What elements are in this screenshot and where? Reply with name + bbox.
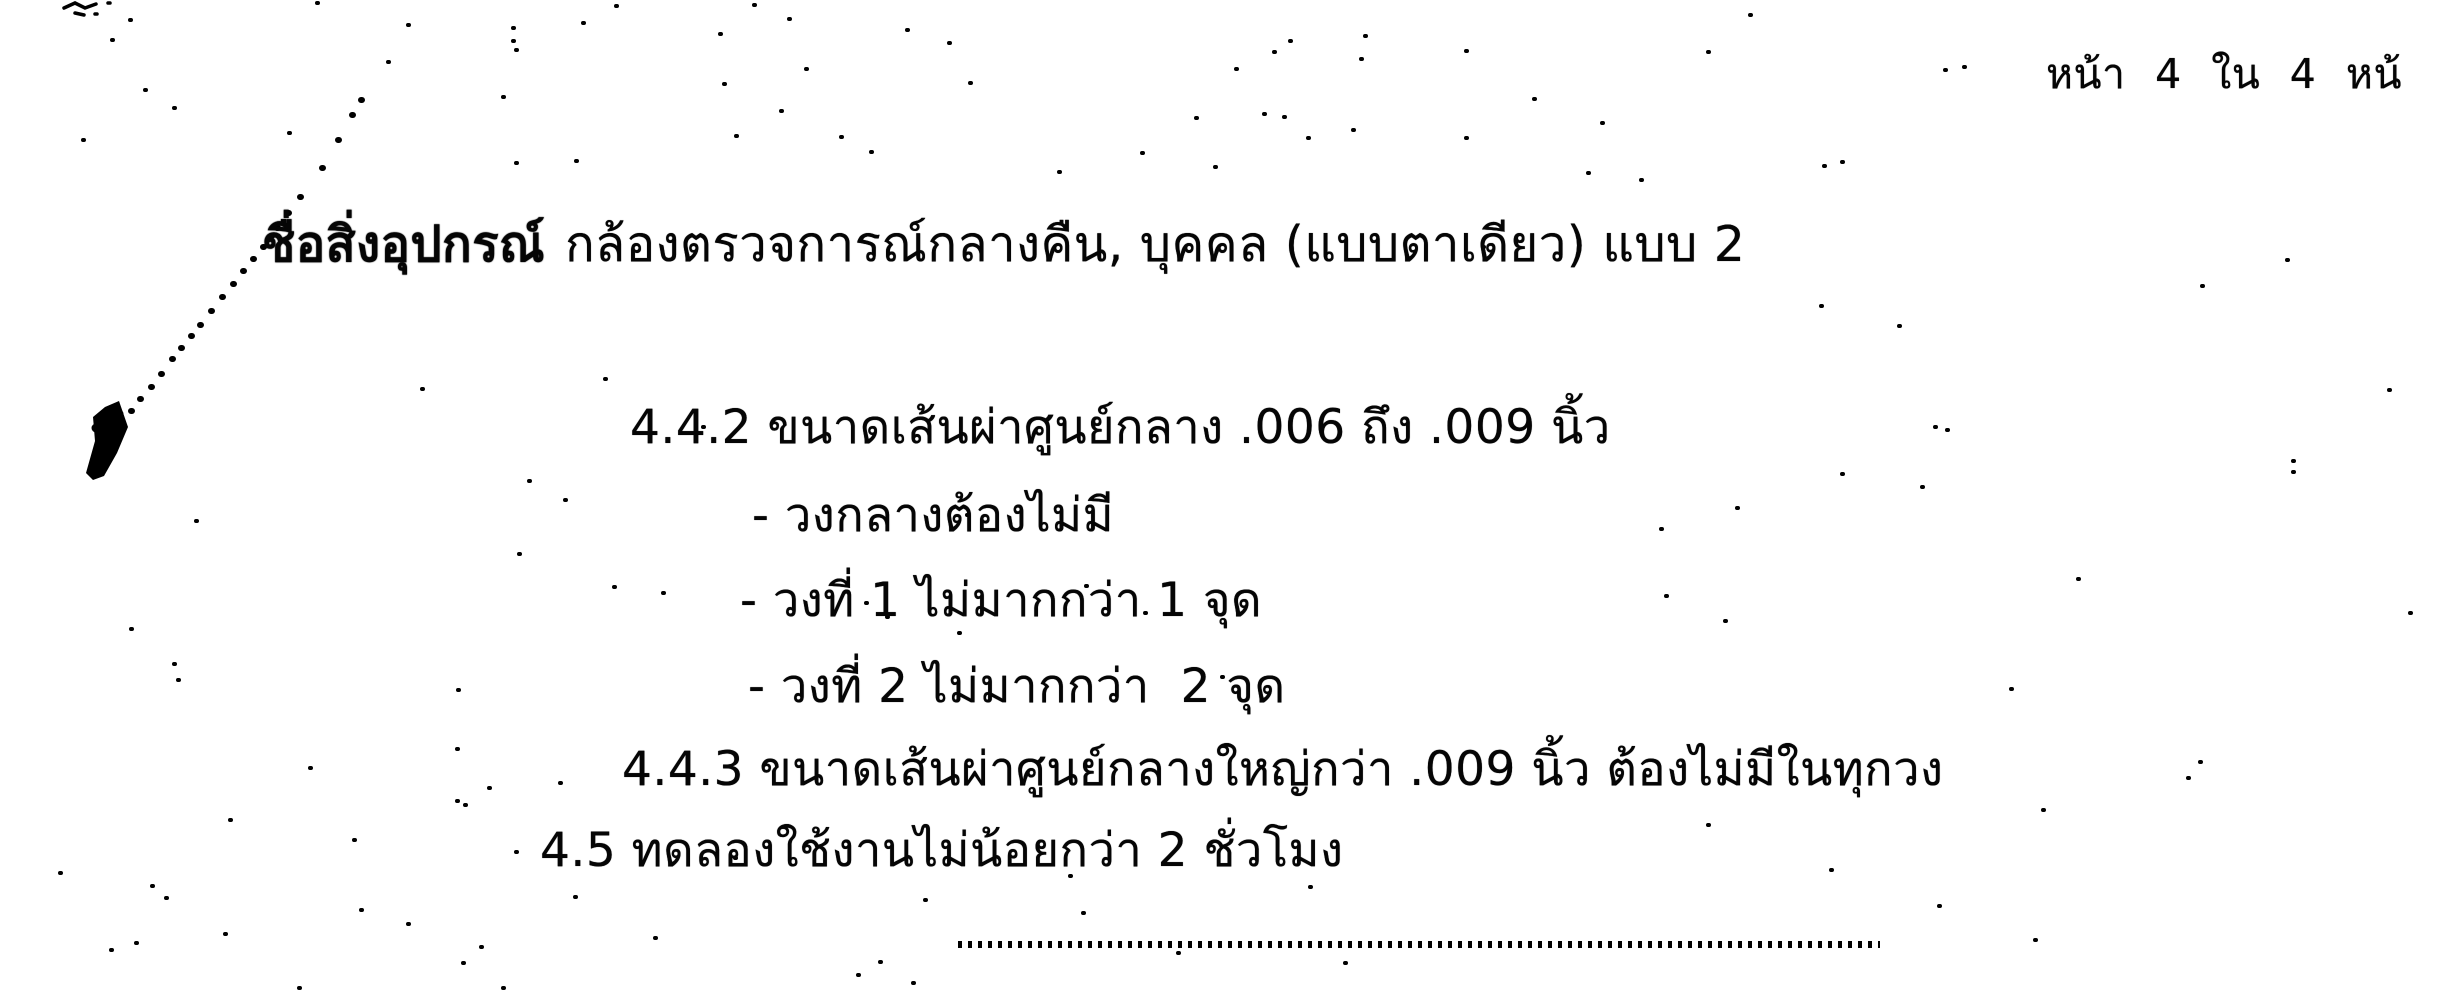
spec-line-center-ring: - วงกลางต้องไม่มี — [752, 492, 1114, 539]
corner-squiggle — [64, 3, 110, 15]
equipment-label: ชื่อสิ่งอุปกรณ์ — [262, 216, 545, 273]
scanned-document-page: หน้า 4 ใน 4 หน้ ชื่อสิ่งอุปกรณ์กล้องตรวจ… — [0, 0, 2454, 995]
page-number: หน้า 4 ใน 4 หน้ — [2046, 54, 2402, 95]
spec-line-4-4-2: 4.4.2 ขนาดเส้นผ่าศูนย์กลาง .006 ถึง .009… — [630, 404, 1611, 451]
spec-line-4-4-3: 4.4.3 ขนาดเส้นผ่าศูนย์กลางใหญ่กว่า .009 … — [622, 746, 1943, 793]
scratch-blob — [86, 401, 128, 480]
equipment-value: กล้องตรวจการณ์กลางคืน, บุคคล (แบบตาเดียว… — [565, 216, 1745, 273]
equipment-name-line: ชื่อสิ่งอุปกรณ์กล้องตรวจการณ์กลางคืน, บุ… — [262, 220, 1745, 269]
scratch-blob-texture — [96, 414, 119, 452]
spec-line-ring-2: - วงที่ 2 ไม่มากกว่า 2 จุด — [748, 663, 1285, 710]
signature-dotted-line — [958, 941, 1880, 948]
spec-line-4-5: 4.5 ทดลองใช้งานไม่น้อยกว่า 2 ชั่วโมง — [540, 827, 1344, 874]
spec-line-ring-1: - วงที่ 1 ไม่มากกว่า 1 จุด — [740, 577, 1262, 624]
